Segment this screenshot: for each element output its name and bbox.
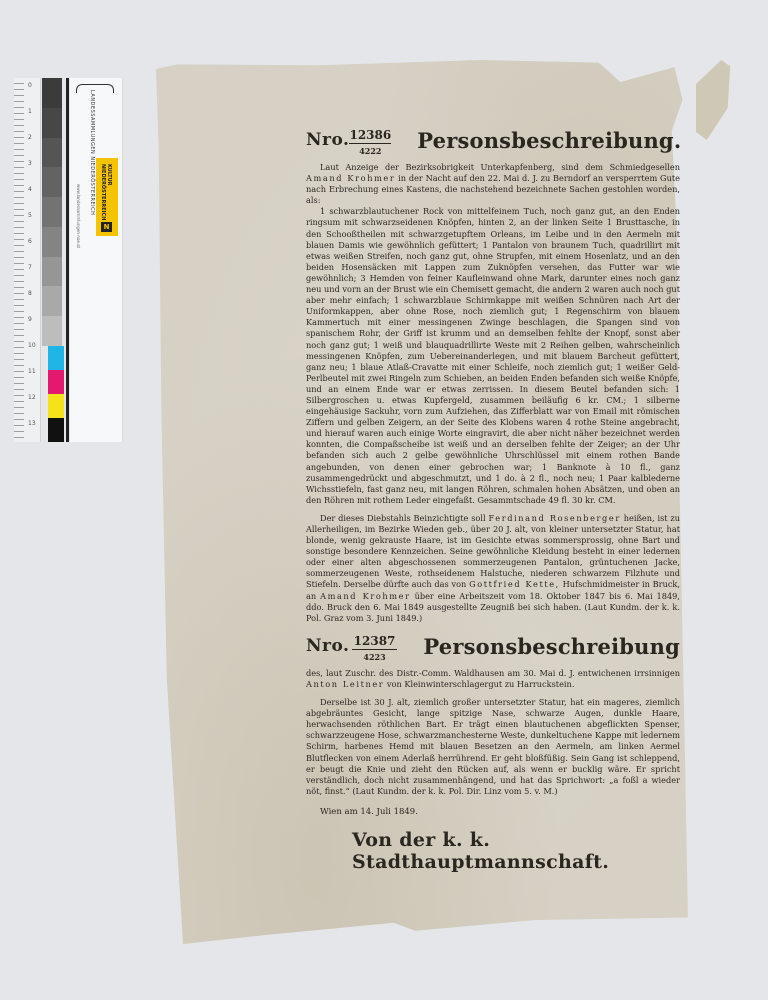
gray-patch (42, 316, 62, 346)
ruler-numbers: 012345678910111213 (28, 78, 40, 442)
notice-title: Personsbeschreibung. (417, 128, 681, 153)
color-calibration-strip: 012345678910111213 LANDESSAMMLUNGEN NIED… (14, 78, 122, 442)
gray-patch (42, 286, 62, 316)
ruler-number: 12 (28, 394, 36, 401)
ruler-number: 3 (28, 160, 32, 167)
ruler-number: 11 (28, 368, 36, 375)
ruler-number: 1 (28, 108, 32, 115)
notice-title: Personsbeschreibung (423, 634, 680, 659)
institution-name: LANDESSAMMLUNGEN NIEDERÖSTERREICH (88, 90, 95, 215)
ruler-number: 9 (28, 316, 32, 323)
victim-name: Amand Krohmer (306, 173, 395, 183)
gray-patch (42, 227, 62, 257)
nro-label: Nro. (306, 130, 349, 150)
gray-scale-patches (42, 78, 62, 346)
notice-1-intro: Laut Anzeige der Bezirksobrigkeit Unterk… (306, 162, 680, 206)
notice-number-block: 12386 4222 (349, 128, 391, 156)
measurement-ruler: 012345678910111213 (14, 78, 41, 442)
color-patches (48, 346, 64, 442)
notice-1-suspect: Der dieses Diebstahls Beinzichtigte soll… (306, 513, 680, 624)
notice-1-header: Nro. 12386 4222 Personsbeschreibung. (306, 128, 680, 156)
notice-2-intro: des, laut Zuschr. des Distr.-Comm. Waldh… (306, 668, 680, 690)
ruler-number: 10 (28, 342, 36, 349)
ruler-number: 8 (28, 290, 32, 297)
notice-1-items: 1 schwarzblautuchener Rock von mittelfei… (306, 206, 680, 506)
notice-2-header: Nro. 12387 4223 Personsbeschreibung (306, 634, 680, 662)
nro-label: Nro. (306, 636, 352, 656)
gray-patch (42, 78, 62, 108)
color-patch (48, 394, 64, 418)
gray-patch (42, 197, 62, 227)
color-patch (48, 370, 64, 394)
notice-sub-number: 4223 (352, 652, 398, 662)
ruler-number: 13 (28, 420, 36, 427)
notice-number: 12387 (352, 634, 398, 650)
ruler-number: 6 (28, 238, 32, 245)
gray-patch (42, 167, 62, 197)
gray-patch (42, 108, 62, 138)
strip-divider (66, 78, 69, 442)
ruler-number: 5 (28, 212, 32, 219)
color-patch (48, 346, 64, 370)
kultur-badge: KULTUR NIEDERÖSTERREICH N (96, 158, 118, 236)
ruler-number: 4 (28, 186, 32, 193)
institution-url: www.landessammlungen-noe.at (76, 184, 81, 248)
ruler-number: 0 (28, 82, 32, 89)
notice-number-block: 12387 4223 (352, 634, 398, 662)
suspect-name: Ferdinand Rosenberger (488, 513, 620, 523)
ruler-number: 7 (28, 264, 32, 271)
notice-2-description: Derselbe ist 30 J. alt, ziemlich großer … (306, 697, 680, 797)
document-text: Nro. 12386 4222 Personsbeschreibung. Lau… (306, 128, 680, 873)
notice-number: 12386 (349, 128, 391, 144)
missing-person-name: Anton Leitner (306, 679, 384, 689)
ruler-number: 2 (28, 134, 32, 141)
gray-patch (42, 257, 62, 287)
date-line: Wien am 14. Juli 1849. (320, 807, 680, 817)
notice-sub-number: 4222 (349, 146, 391, 156)
institution-card: LANDESSAMMLUNGEN NIEDERÖSTERREICH www.la… (70, 78, 123, 442)
gray-patch (42, 138, 62, 168)
color-patch (48, 418, 64, 442)
torn-corner (696, 60, 732, 140)
issuer-signature: Von der k. k. Stadthauptmannschaft. (352, 829, 680, 873)
noe-logo-icon: N (101, 222, 112, 232)
brace-logo-icon (76, 84, 114, 93)
